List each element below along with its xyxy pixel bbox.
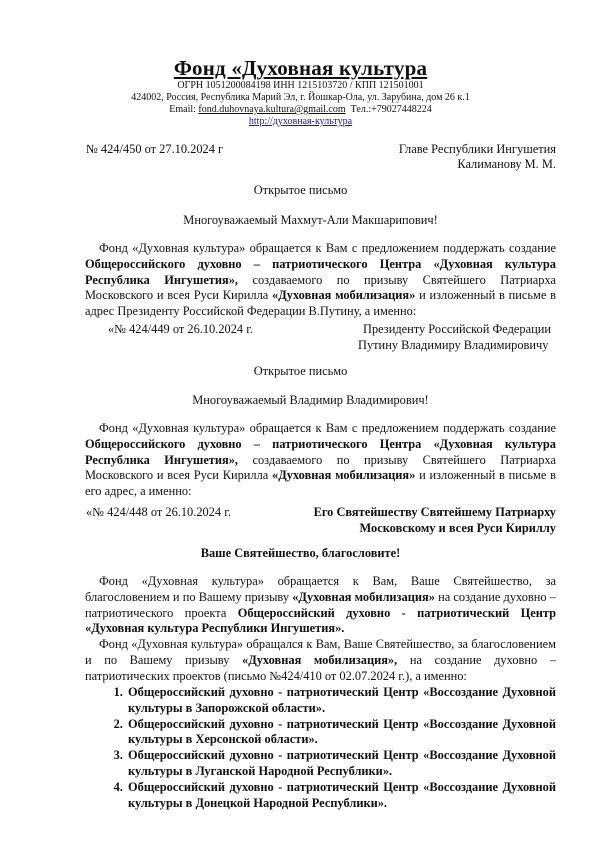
projects-list: Общероссийский духовно - патриотический … <box>85 685 556 811</box>
campaign-name: «Духовная мобилизация» <box>292 590 435 604</box>
quoted-letter-2-recipient-line-2: Московскому и всея Руси Кириллу <box>359 521 556 536</box>
email-link[interactable]: fond.duhovnaya.kultura@gmail.com <box>198 104 345 115</box>
salutation: Многоуважаемый Махмут-Али Макшарипович! <box>10 213 601 228</box>
email-label: Email: <box>169 104 198 115</box>
project-item: Общероссийский духовно - патриотический … <box>126 780 556 812</box>
project-item: Общероссийский духовно - патриотический … <box>126 717 556 749</box>
project-item: Общероссийский духовно - патриотический … <box>126 748 556 780</box>
quoted-letter-1-recipient-line-1: Президенту Российской Федерации <box>363 322 551 337</box>
quoted-letter-2-recipient-line-1: Его Святейшеству Святейшему Патриарху <box>314 505 556 520</box>
recipient-line-2: Калиманову М. М. <box>457 157 556 172</box>
campaign-name: «Духовная мобилизация» <box>272 288 415 302</box>
website-line: http://духовная-культура <box>0 116 601 127</box>
contact-line: Email: fond.duhovnaya.kultura@gmail.com … <box>0 104 601 115</box>
quoted-letter-1-number: «№ 424/449 от 26.10.2024 г. <box>108 322 253 337</box>
quoted-letter-2-paragraph-2: Фонд «Духовная культура» обращался к Вам… <box>85 637 556 684</box>
registration-numbers: ОГРН 1051200084198 ИНН 1215103720 / КПП … <box>0 80 601 91</box>
quoted-letter-2-number: «№ 424/448 от 26.10.2024 г. <box>86 505 231 520</box>
body-paragraph-1: Фонд «Духовная культура» обращается к Ва… <box>85 241 556 320</box>
quoted-letter-2-paragraph-1: Фонд «Духовная культура» обращается к Ва… <box>85 574 556 637</box>
project-item: Общероссийский духовно - патриотический … <box>126 685 556 717</box>
campaign-name: «Духовная мобилизация», <box>242 653 397 667</box>
recipient-line-1: Главе Республики Ингушетия <box>399 142 556 157</box>
phone-number: Тел.:+79027448224 <box>351 104 432 115</box>
quoted-letter-1-recipient-line-2: Путину Владимиру Владимировичу <box>358 338 548 353</box>
letter-type: Открытое письмо <box>0 183 601 198</box>
quoted-letter-1-type: Открытое письмо <box>0 364 601 379</box>
letter-number: № 424/450 от 27.10.2024 г <box>86 142 223 157</box>
website-link[interactable]: http://духовная-культура <box>249 116 352 127</box>
quoted-letter-1-salutation: Многоуважаемый Владимир Владимирович! <box>10 393 601 408</box>
quoted-letter-1-body: Фонд «Духовная культура» обращается к Ва… <box>85 421 556 500</box>
organization-address: 424002, Россия, Республика Марий Эл, г. … <box>0 92 601 103</box>
quoted-letter-2-salutation: Ваше Святейшество, благословите! <box>0 546 601 561</box>
campaign-name: «Духовная мобилизация» <box>272 468 415 482</box>
organization-title: Фонд «Духовная культура <box>0 56 601 81</box>
